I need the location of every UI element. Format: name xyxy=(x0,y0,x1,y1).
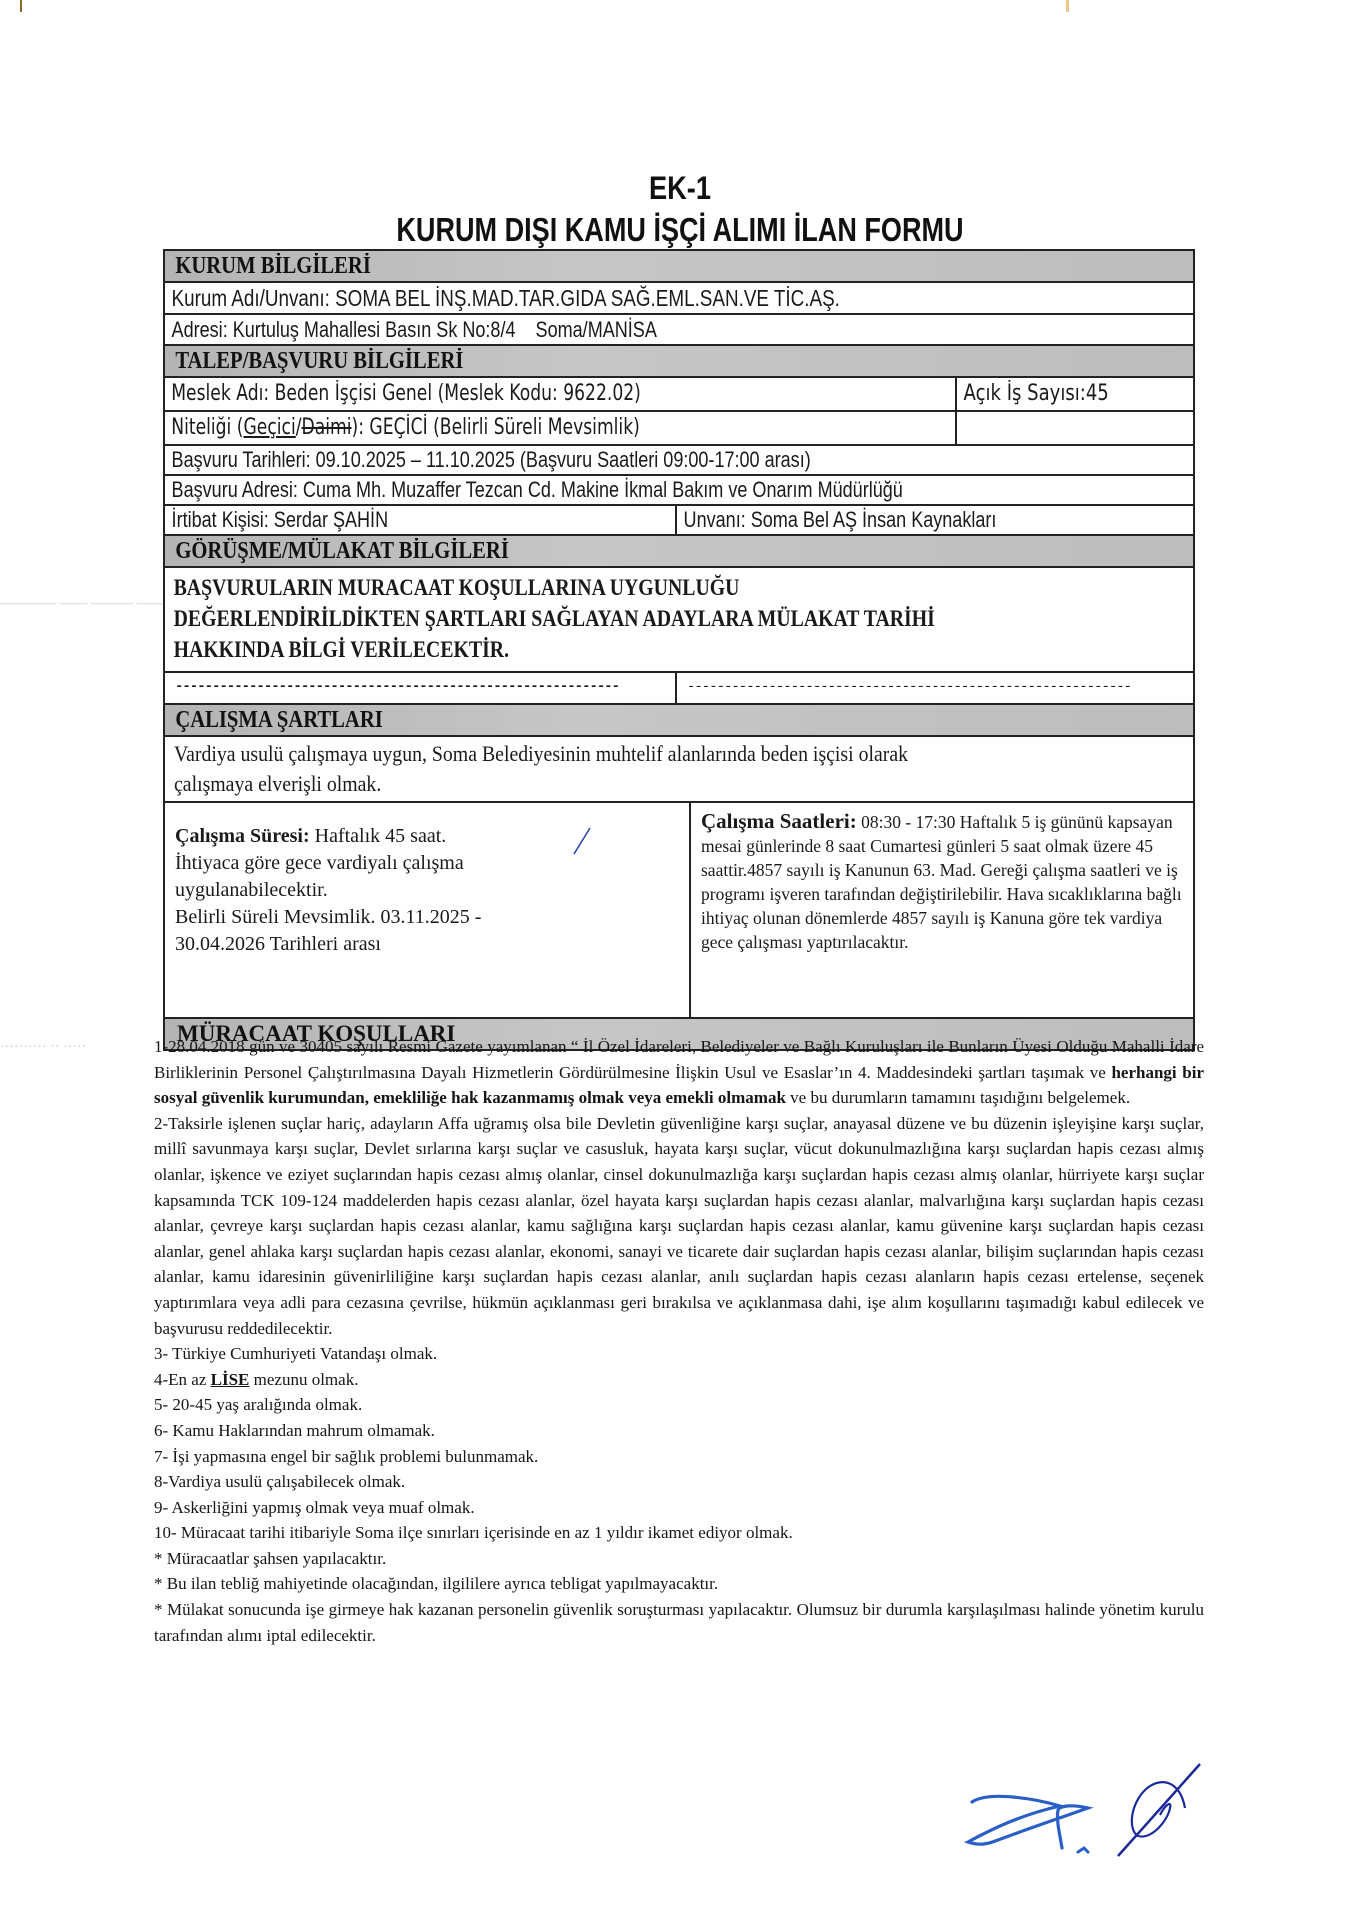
irtibat-kisisi: İrtibat Kişisi: Serdar ŞAHİN xyxy=(165,506,395,534)
condition-text: 4-En az xyxy=(154,1370,211,1389)
basvuru-adresi-row: Başvuru Adresi: Cuma Mh. Muzaffer Tezcan… xyxy=(165,476,1193,506)
scan-edge-mark xyxy=(1066,0,1069,12)
meslek-row: Meslek Adı: Beden İşçisi Genel (Meslek K… xyxy=(165,378,1193,412)
calisma-description: Vardiya usulü çalışmaya uygun, Soma Bele… xyxy=(165,737,917,801)
mulakat-blank-row: ----------------------------------------… xyxy=(165,673,1193,705)
section-title: KURUM BİLGİLERİ xyxy=(165,251,371,281)
condition-item-7: 7- İşi yapmasına engel bir sağlık proble… xyxy=(154,1444,1204,1470)
meslek-value: Meslek Adı: Beden İşçisi Genel (Meslek K… xyxy=(165,378,647,410)
calisma-suresi-line: İhtiyaca göre gece vardiyalı çalışma xyxy=(175,850,681,877)
kurum-address-label: Adresi: xyxy=(172,317,228,342)
calisma-detail-row: Çalışma Süresi: Haftalık 45 saat. İhtiya… xyxy=(165,803,1193,1019)
calisma-saatleri-value: 08:30 - 17:30 Haftalık 5 iş gününü kapsa… xyxy=(701,812,1182,952)
nitelik-daimi-struck: Daimi xyxy=(302,415,352,440)
kurum-name-row: Kurum Adı/Unvanı: SOMA BEL İNŞ.MAD.TAR.G… xyxy=(165,283,1193,315)
mulakat-line: DEĞERLENDİRİLDİKTEN ŞARTLARI SAĞLAYAN AD… xyxy=(174,603,935,634)
kurum-name-label: Kurum Adı/Unvanı: xyxy=(172,285,330,311)
note-1: * Müracaatlar şahsen yapılacaktır. xyxy=(154,1546,1204,1572)
empty-cell xyxy=(955,412,1193,444)
scanned-document-page: ———— —— ——— —— ·········· ·· ····· EK-1 … xyxy=(0,0,1358,1920)
basvuru-tarihleri: Başvuru Tarihleri: 09.10.2025 – 11.10.20… xyxy=(165,446,817,474)
document-title: KURUM DIŞI KAMU İŞÇİ ALIMI İLAN FORMU xyxy=(254,210,1107,250)
bleed-through-text: ·········· ·· ····· xyxy=(0,1040,86,1056)
condition-text: ve bu durumların tamamını taşıdığını bel… xyxy=(786,1088,1130,1107)
calisma-saatleri-cell: Çalışma Saatleri: 08:30 - 17:30 Haftalık… xyxy=(689,803,1193,1017)
condition-item-2: 2-Taksirle işlenen suçlar hariç, adaylar… xyxy=(154,1111,1204,1341)
kurum-address-value: Kurtuluş Mahallesi Basın Sk No:8/4 Soma/… xyxy=(233,317,657,342)
kurum-address-row: Adresi: Kurtuluş Mahallesi Basın Sk No:8… xyxy=(165,315,1193,346)
bleed-through-text: ———— —— ——— —— xyxy=(0,596,165,612)
muracaat-conditions-list: 1-28.04.2018 gün ve 30405 sayılı Resmi G… xyxy=(154,1034,1204,1648)
condition-item-5: 5- 20-45 yaş aralığında olmak. xyxy=(154,1392,1204,1418)
irtibat-row: İrtibat Kişisi: Serdar ŞAHİN Unvanı: Som… xyxy=(165,506,1193,536)
scan-edge-mark xyxy=(20,0,22,12)
pen-tick-mark-icon xyxy=(572,826,592,856)
section-header-calisma: ÇALIŞMA ŞARTLARI xyxy=(165,705,1193,737)
calisma-suresi-cell: Çalışma Süresi: Haftalık 45 saat. İhtiya… xyxy=(165,803,689,1017)
section-header-mulakat: GÖRÜŞME/MÜLAKAT BİLGİLERİ xyxy=(165,536,1193,568)
signature-icon xyxy=(960,1760,1220,1890)
nitelik-suffix: ): GEÇİCİ (Belirli Süreli Mevsimlik) xyxy=(352,415,640,440)
basvuru-tarihleri-row: Başvuru Tarihleri: 09.10.2025 – 11.10.20… xyxy=(165,446,1193,476)
mulakat-line: HAKKINDA BİLGİ VERİLECEKTİR. xyxy=(174,634,935,665)
blank-dashes: ----------------------------------------… xyxy=(165,673,675,701)
calisma-saatleri-label: Çalışma Saatleri: xyxy=(701,809,857,833)
nitelik-prefix: Niteliği ( xyxy=(171,415,243,440)
calisma-suresi-line: 30.04.2026 Tarihleri arası xyxy=(175,931,681,958)
condition-item-1: 1-28.04.2018 gün ve 30405 sayılı Resmi G… xyxy=(154,1034,1204,1111)
condition-item-4: 4-En az LİSE mezunu olmak. xyxy=(154,1367,1204,1393)
condition-text: mezunu olmak. xyxy=(249,1370,358,1389)
document-title-block: EK-1 KURUM DIŞI KAMU İŞÇİ ALIMI İLAN FOR… xyxy=(160,168,1200,250)
mulakat-info-text: BAŞVURULARIN MURACAAT KOŞULLARINA UYGUNL… xyxy=(165,568,943,671)
announcement-form-table: KURUM BİLGİLERİ Kurum Adı/Unvanı: SOMA B… xyxy=(163,249,1195,1051)
blank-dashes: ----------------------------------------… xyxy=(677,673,1193,701)
mulakat-line: BAŞVURULARIN MURACAAT KOŞULLARINA UYGUNL… xyxy=(174,572,935,603)
section-title: ÇALIŞMA ŞARTLARI xyxy=(165,705,383,735)
annex-label: EK-1 xyxy=(238,168,1122,208)
mulakat-info-row: BAŞVURULARIN MURACAAT KOŞULLARINA UYGUNL… xyxy=(165,568,1193,673)
calisma-suresi-line: uygulanabilecektir. xyxy=(175,877,681,904)
nitelik-row: Niteliği (Geçici/Daimi): GEÇİCİ (Belirli… xyxy=(165,412,1193,446)
basvuru-adresi: Başvuru Adresi: Cuma Mh. Muzaffer Tezcan… xyxy=(165,476,909,504)
section-title: GÖRÜŞME/MÜLAKAT BİLGİLERİ xyxy=(165,536,509,566)
calisma-suresi-value: Haftalık 45 saat. xyxy=(310,825,447,847)
condition-item-6: 6- Kamu Haklarından mahrum olmamak. xyxy=(154,1418,1204,1444)
calisma-line: çalışmaya elverişli olmak. xyxy=(174,769,908,799)
calisma-suresi-label: Çalışma Süresi: xyxy=(175,825,310,847)
section-header-kurum: KURUM BİLGİLERİ xyxy=(165,251,1193,283)
condition-item-9: 9- Askerliğini yapmış olmak veya muaf ol… xyxy=(154,1495,1204,1521)
section-title: TALEP/BAŞVURU BİLGİLERİ xyxy=(165,346,463,376)
condition-item-8: 8-Vardiya usulü çalışabilecek olmak. xyxy=(154,1469,1204,1495)
section-header-talep: TALEP/BAŞVURU BİLGİLERİ xyxy=(165,346,1193,378)
education-level: LİSE xyxy=(211,1370,250,1389)
calisma-suresi-line: Belirli Süreli Mevsimlik. 03.11.2025 - xyxy=(175,904,681,931)
condition-item-3: 3- Türkiye Cumhuriyeti Vatandaşı olmak. xyxy=(154,1341,1204,1367)
calisma-desc-row: Vardiya usulü çalışmaya uygun, Soma Bele… xyxy=(165,737,1193,803)
irtibat-unvani: Unvanı: Soma Bel AŞ İnsan Kaynakları xyxy=(677,506,1003,534)
acik-is-sayisi: Açık İş Sayısı:45 xyxy=(957,378,1115,410)
note-3: * Mülakat sonucunda işe girmeye hak kaza… xyxy=(154,1597,1204,1648)
kurum-name-value: SOMA BEL İNŞ.MAD.TAR.GIDA SAĞ.EML.SAN.VE… xyxy=(335,285,840,311)
nitelik-gecici: Geçici xyxy=(243,415,295,440)
note-2: * Bu ilan tebliğ mahiyetinde olacağından… xyxy=(154,1571,1204,1597)
condition-item-10: 10- Müracaat tarihi itibariyle Soma ilçe… xyxy=(154,1520,1204,1546)
calisma-line: Vardiya usulü çalışmaya uygun, Soma Bele… xyxy=(174,739,908,769)
condition-text: 1-28.04.2018 gün ve 30405 sayılı Resmi G… xyxy=(154,1037,1204,1082)
nitelik-value: Niteliği (Geçici/Daimi): GEÇİCİ (Belirli… xyxy=(165,412,646,444)
